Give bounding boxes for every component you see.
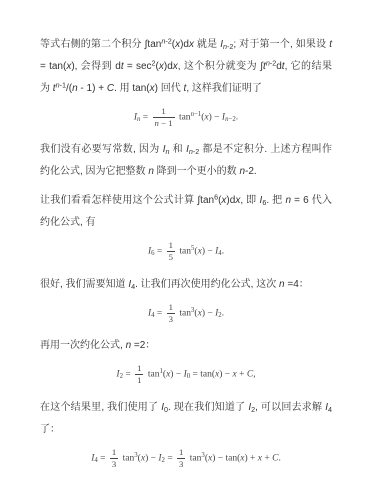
display-formula: I4 = 13 tan3(x) − I2 = 13 tan3(x) − tan(… xyxy=(40,448,332,468)
paragraph: 再用一次约化公式, n =2： xyxy=(40,335,332,357)
formula-content: I2 = 11 tan1(x) − I0 = tan(x) − x + C, xyxy=(116,364,255,384)
fraction: 13 xyxy=(167,303,175,323)
display-formula: In = 1n − 1 tann−1(x) − In−2. xyxy=(40,107,332,127)
document-page: 等式右侧的第二个积分 ∫tann-2(x)dx 就是 In-2; 对于第一个, … xyxy=(0,0,370,480)
formula-content: In = 1n − 1 tann−1(x) − In−2. xyxy=(134,107,238,127)
fraction: 11 xyxy=(135,364,143,384)
paragraph: 在这个结果里, 我们使用了 I0. 现在我们知道了 I2, 可以回去求解 I4 … xyxy=(40,397,332,441)
paragraph: 让我们看看怎样使用这个公式计算 ∫tan6(x)dx, 即 I6. 把 n = … xyxy=(40,190,332,234)
display-formula: I2 = 11 tan1(x) − I0 = tan(x) − x + C, xyxy=(40,364,332,384)
display-formula: I4 = 13 tan3(x) − I2. xyxy=(40,303,332,323)
formula-content: I4 = 13 tan3(x) − I2 = 13 tan3(x) − tan(… xyxy=(91,448,281,468)
fraction: 13 xyxy=(177,448,185,468)
display-formula: I6 = 15 tan5(x) − I4. xyxy=(40,241,332,261)
fraction: 1n − 1 xyxy=(153,107,175,127)
document-body: 等式右侧的第二个积分 ∫tann-2(x)dx 就是 In-2; 对于第一个, … xyxy=(40,34,332,468)
paragraph: 我们没有必要写常数, 因为 In 和 In-2 都是不定积分. 上述方程叫作约化… xyxy=(40,139,332,183)
paragraph: 等式右侧的第二个积分 ∫tann-2(x)dx 就是 In-2; 对于第一个, … xyxy=(40,34,332,100)
formula-content: I6 = 15 tan5(x) − I4. xyxy=(148,241,224,261)
paragraph: 很好, 我们需要知道 I4. 让我们再次使用约化公式, 这次 n =4： xyxy=(40,274,332,296)
fraction: 15 xyxy=(167,241,175,261)
fraction: 13 xyxy=(110,448,118,468)
formula-content: I4 = 13 tan3(x) − I2. xyxy=(148,303,224,323)
